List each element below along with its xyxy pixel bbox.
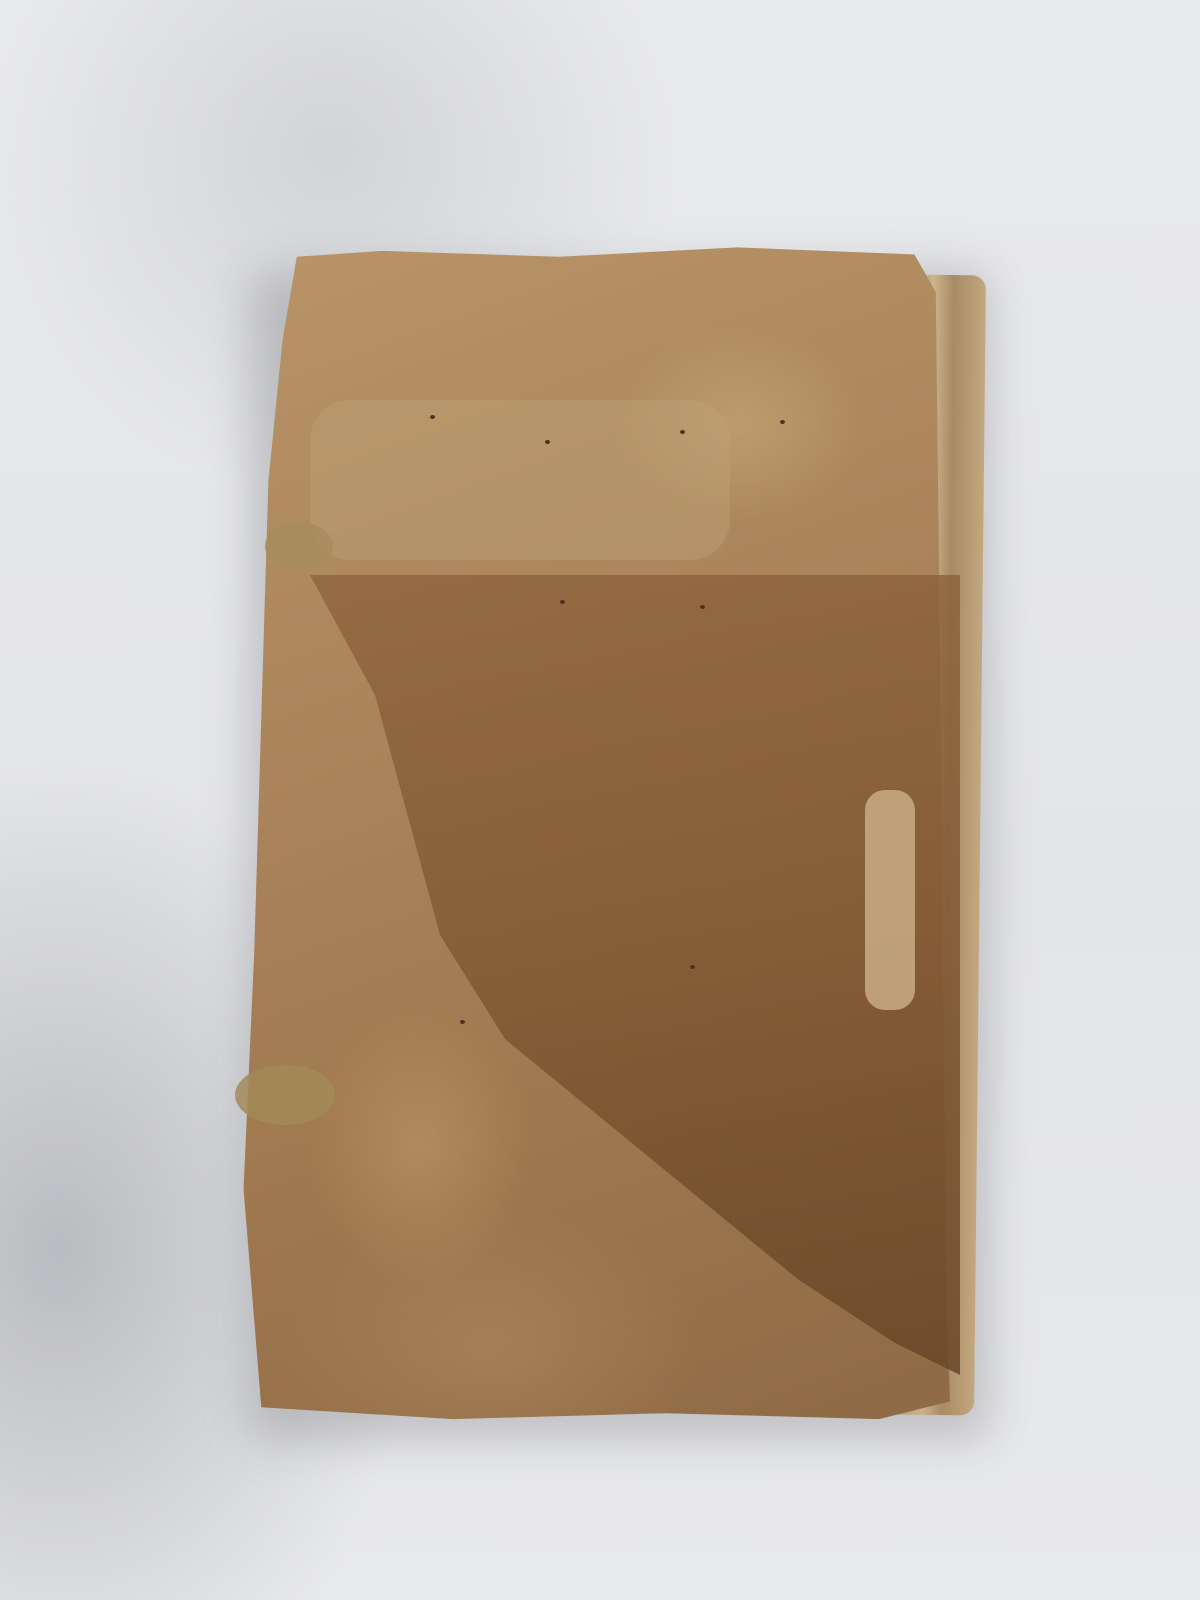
cover-torn-flap (265, 522, 333, 570)
cover-torn-flap (235, 1065, 335, 1125)
ink-speck (680, 430, 685, 434)
cover-peeling-strip (865, 790, 915, 1010)
ink-speck (460, 1020, 465, 1024)
ink-speck (780, 420, 785, 424)
cover-handwriting (400, 400, 820, 600)
ink-speck (545, 440, 550, 444)
ink-speck (690, 965, 695, 969)
ink-speck (430, 415, 435, 419)
ink-speck (700, 605, 705, 609)
ink-speck (560, 600, 565, 604)
